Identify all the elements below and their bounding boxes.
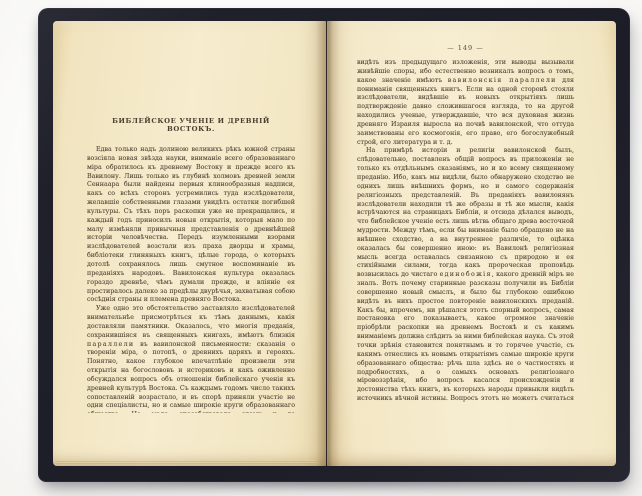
left-page: БИБЛЕЙСКОЕ УЧЕНІЕ И ДРЕВНІЙ ВОСТОКЪ. Едв… [53,21,326,466]
left-page-body: Едва только надъ долиною великихъ рѣкъ ю… [87,146,295,413]
paragraph: Едва только надъ долиною великихъ рѣкъ ю… [87,146,295,305]
photo-scene: БИБЛЕЙСКОЕ УЧЕНІЕ И ДРЕВНІЙ ВОСТОКЪ. Едв… [0,0,642,496]
right-page-text-column: — 149 — видѣть изъ предыдущаго изложенія… [357,44,574,404]
page-number: — 149 — [357,44,574,52]
emphasized-text: параллели [87,341,134,348]
paragraph-text: , какого древній міръ не зналъ. Вотъ поч… [357,271,574,404]
paragraph: видѣть изъ предыдущаго изложенія, эти вы… [357,59,574,147]
paragraph-text: Уже одно это обстоятельство заставляло и… [87,305,295,339]
book-cover: БИБЛЕЙСКОЕ УЧЕНІЕ И ДРЕВНІЙ ВОСТОКЪ. Едв… [38,8,630,482]
chapter-heading: БИБЛЕЙСКОЕ УЧЕНІЕ И ДРЕВНІЙ ВОСТОКЪ. [87,117,295,133]
paragraph: Уже одно это обстоятельство заставляло и… [87,305,295,413]
right-page-body: видѣть изъ предыдущаго изложенія, эти вы… [357,59,574,404]
paragraph-text: для пониманія священныхъ книгъ. Если на … [357,77,574,146]
right-page: — 149 — видѣть изъ предыдущаго изложенія… [327,21,616,466]
paragraph-text: Едва только надъ долиною великихъ рѣкъ ю… [87,146,295,303]
paragraph-text: На примѣрѣ исторіи и религіи вавилонской… [357,147,574,278]
paragraph-text: въ вавилонской письменности: сказанія о … [87,341,295,413]
left-page-text-column: БИБЛЕЙСКОЕ УЧЕНІЕ И ДРЕВНІЙ ВОСТОКЪ. Едв… [87,117,295,413]
emphasized-text: вавилонскія параллели [448,77,557,84]
paragraph: На примѣрѣ исторіи и религіи вавилонской… [357,147,574,404]
emphasized-text: единобожія [440,271,492,278]
